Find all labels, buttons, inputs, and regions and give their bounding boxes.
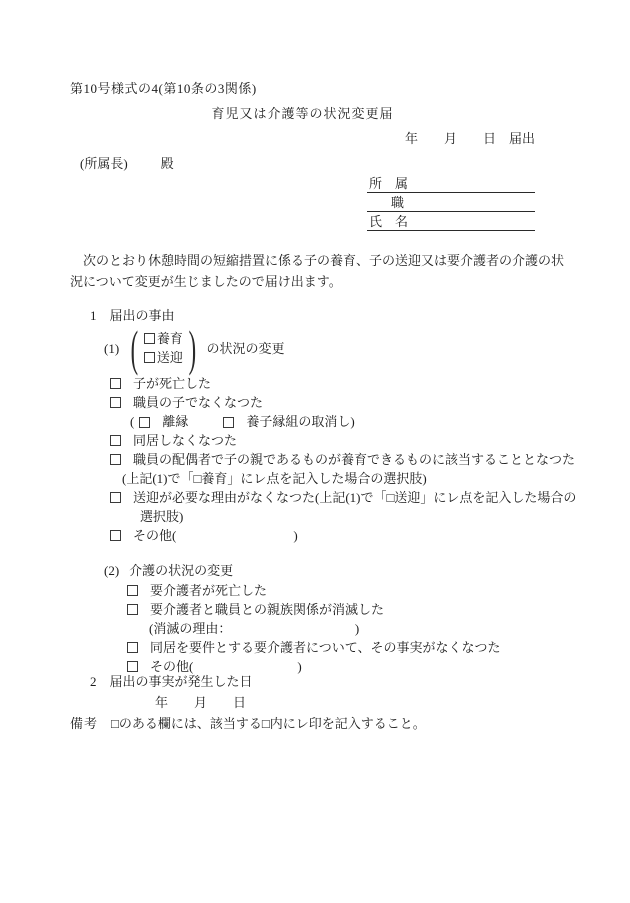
clause1-suffix: の状況の変更 — [207, 339, 285, 358]
item-dissolution-options: ( 離縁 養子縁組の取消し ) — [130, 412, 630, 431]
checkbox-childcare[interactable] — [144, 333, 155, 344]
care-type-options: 養育 送迎 — [143, 331, 184, 366]
note-childcare-option: (上記(1)で「□養育」にレ点を記入した場合の選択肢) — [122, 469, 630, 488]
checkbox-dissolution-adoption[interactable] — [139, 417, 150, 428]
checkbox-cohabitation-fact-lost[interactable] — [127, 642, 138, 653]
item-careperson-died: 要介護者が死亡した — [127, 581, 630, 600]
remarks-text: □のある欄には、該当する□内にレ印を記入すること。 — [111, 713, 426, 732]
close-paren: ) — [188, 328, 195, 368]
section2-number: 2 — [90, 674, 97, 689]
option-childcare-label: 養育 — [157, 331, 183, 347]
section1-number: 1 — [90, 308, 97, 323]
option-transport: 送迎 — [144, 350, 183, 366]
position-field[interactable]: 職 — [367, 193, 535, 212]
checkbox-child-died[interactable] — [110, 378, 121, 389]
section-occurrence-date: 2届出の事実が発生した日 年 月 日 — [0, 672, 630, 712]
submission-date-line: 年 月 日 届出 — [70, 128, 535, 147]
option-transport-label: 送迎 — [157, 350, 183, 366]
item-label: 同居を要件とする要介護者について、その事実がなくなつた — [150, 638, 500, 657]
section2-title: 届出の事実が発生した日 — [110, 674, 253, 689]
addressee-honorific: 殿 — [161, 153, 174, 172]
item-kinship-extinguished: 要介護者と職員との親族関係が消滅した — [127, 600, 630, 619]
open-paren: ( — [131, 328, 138, 368]
section2-heading: 2届出の事実が発生した日 — [90, 672, 630, 691]
clause2-number: (2) — [104, 563, 119, 578]
section-reason: 1届出の事由 (1) ( 養育 送迎 ) の状況の変更 — [0, 306, 630, 676]
checkbox-kinship-extinguished[interactable] — [127, 604, 138, 615]
form-number: 第10号様式の4(第10条の3関係) — [70, 78, 257, 97]
paren-open: ( — [130, 412, 134, 431]
section1-title: 届出の事由 — [110, 308, 175, 323]
checkbox-careperson-died[interactable] — [127, 585, 138, 596]
form-page: 第10号様式の4(第10条の3関係) 育児又は介護等の状況変更届 年 月 日 届… — [0, 0, 630, 903]
addressee-line: (所属長) 殿 — [80, 153, 174, 172]
care-type-bracket-group: ( 養育 送迎 ) — [126, 328, 200, 368]
item-label: 職員の子でなくなつた — [133, 393, 263, 412]
checkbox-transport[interactable] — [144, 352, 155, 363]
item-label: 送迎が必要な理由がなくなつた(上記(1)で「□送迎」にレ点を記入した場合の — [133, 488, 576, 507]
addressee-label: (所属長) — [80, 153, 128, 172]
item-transport-continuation: 選択肢) — [140, 507, 630, 526]
item-transport-not-needed: 送迎が必要な理由がなくなつた(上記(1)で「□送迎」にレ点を記入した場合の — [110, 488, 630, 507]
remarks-label: 備考 — [70, 713, 98, 732]
clause1-number: (1) — [104, 339, 119, 358]
item-label: 同居しなくなつた — [133, 431, 237, 450]
occurrence-date-line: 年 月 日 — [155, 693, 630, 712]
remarks-line: 備考 □のある欄には、該当する□内にレ印を記入すること。 — [70, 713, 426, 732]
item-other-1: その他( ) — [110, 526, 630, 545]
position-label: 職 — [391, 195, 404, 210]
item-child-died: 子が死亡した — [110, 374, 630, 393]
item-label: その他( ) — [133, 526, 298, 545]
checkbox-transport-not-needed[interactable] — [110, 492, 121, 503]
checkbox-other-1[interactable] — [110, 530, 121, 541]
paren-close: ) — [350, 412, 354, 431]
item-label: 要介護者と職員との親族関係が消滅した — [150, 600, 384, 619]
page-title: 育児又は介護等の状況変更届 — [70, 103, 535, 122]
affiliation-field[interactable]: 所 属 — [367, 174, 535, 193]
clause2-title: 介護の状況の変更 — [129, 563, 233, 578]
name-field[interactable]: 氏 名 — [367, 212, 535, 231]
dissolution-label: 離縁 — [162, 412, 188, 431]
extinguishment-reason-field: (消滅の理由： ) — [149, 619, 630, 638]
clause1-items: 子が死亡した 職員の子でなくなつた ( 離縁 養子縁組の取消し ) 同居しなくな… — [0, 374, 630, 545]
name-label: 氏 名 — [369, 214, 408, 229]
clause-1-care-type: (1) ( 養育 送迎 ) の状況の変更 — [104, 328, 630, 368]
intro-paragraph: 次のとおり休憩時間の短縮措置に係る子の養育、子の送迎又は要介護者の介護の状況につ… — [70, 250, 564, 292]
option-childcare: 養育 — [144, 331, 183, 347]
item-cohabitation-fact-lost: 同居を要件とする要介護者について、その事実がなくなつた — [127, 638, 630, 657]
item-spouse-can-care: 職員の配偶者で子の親であるものが養育できるものに該当することとなつた — [110, 450, 630, 469]
clause-2-caregiving: (2)介護の状況の変更 — [104, 561, 630, 580]
item-no-longer-cohabiting: 同居しなくなつた — [110, 431, 630, 450]
item-label: 職員の配偶者で子の親であるものが養育できるものに該当することとなつた — [133, 450, 575, 469]
checkbox-no-longer-employee-child[interactable] — [110, 397, 121, 408]
item-label: 要介護者が死亡した — [150, 581, 267, 600]
section1-heading: 1届出の事由 — [90, 306, 630, 325]
checkbox-no-longer-cohabiting[interactable] — [110, 435, 121, 446]
cancel-adoption-label: 養子縁組の取消し — [246, 412, 350, 431]
checkbox-other-2[interactable] — [127, 661, 138, 672]
item-label: 子が死亡した — [133, 374, 211, 393]
checkbox-cancel-adoption[interactable] — [223, 417, 234, 428]
item-no-longer-employee-child: 職員の子でなくなつた — [110, 393, 630, 412]
clause2-items: 要介護者が死亡した 要介護者と職員との親族関係が消滅した (消滅の理由： ) 同… — [0, 581, 630, 676]
signature-block: 所 属 職 氏 名 — [367, 174, 535, 231]
checkbox-spouse-can-care[interactable] — [110, 454, 121, 465]
affiliation-label: 所 属 — [369, 176, 408, 191]
